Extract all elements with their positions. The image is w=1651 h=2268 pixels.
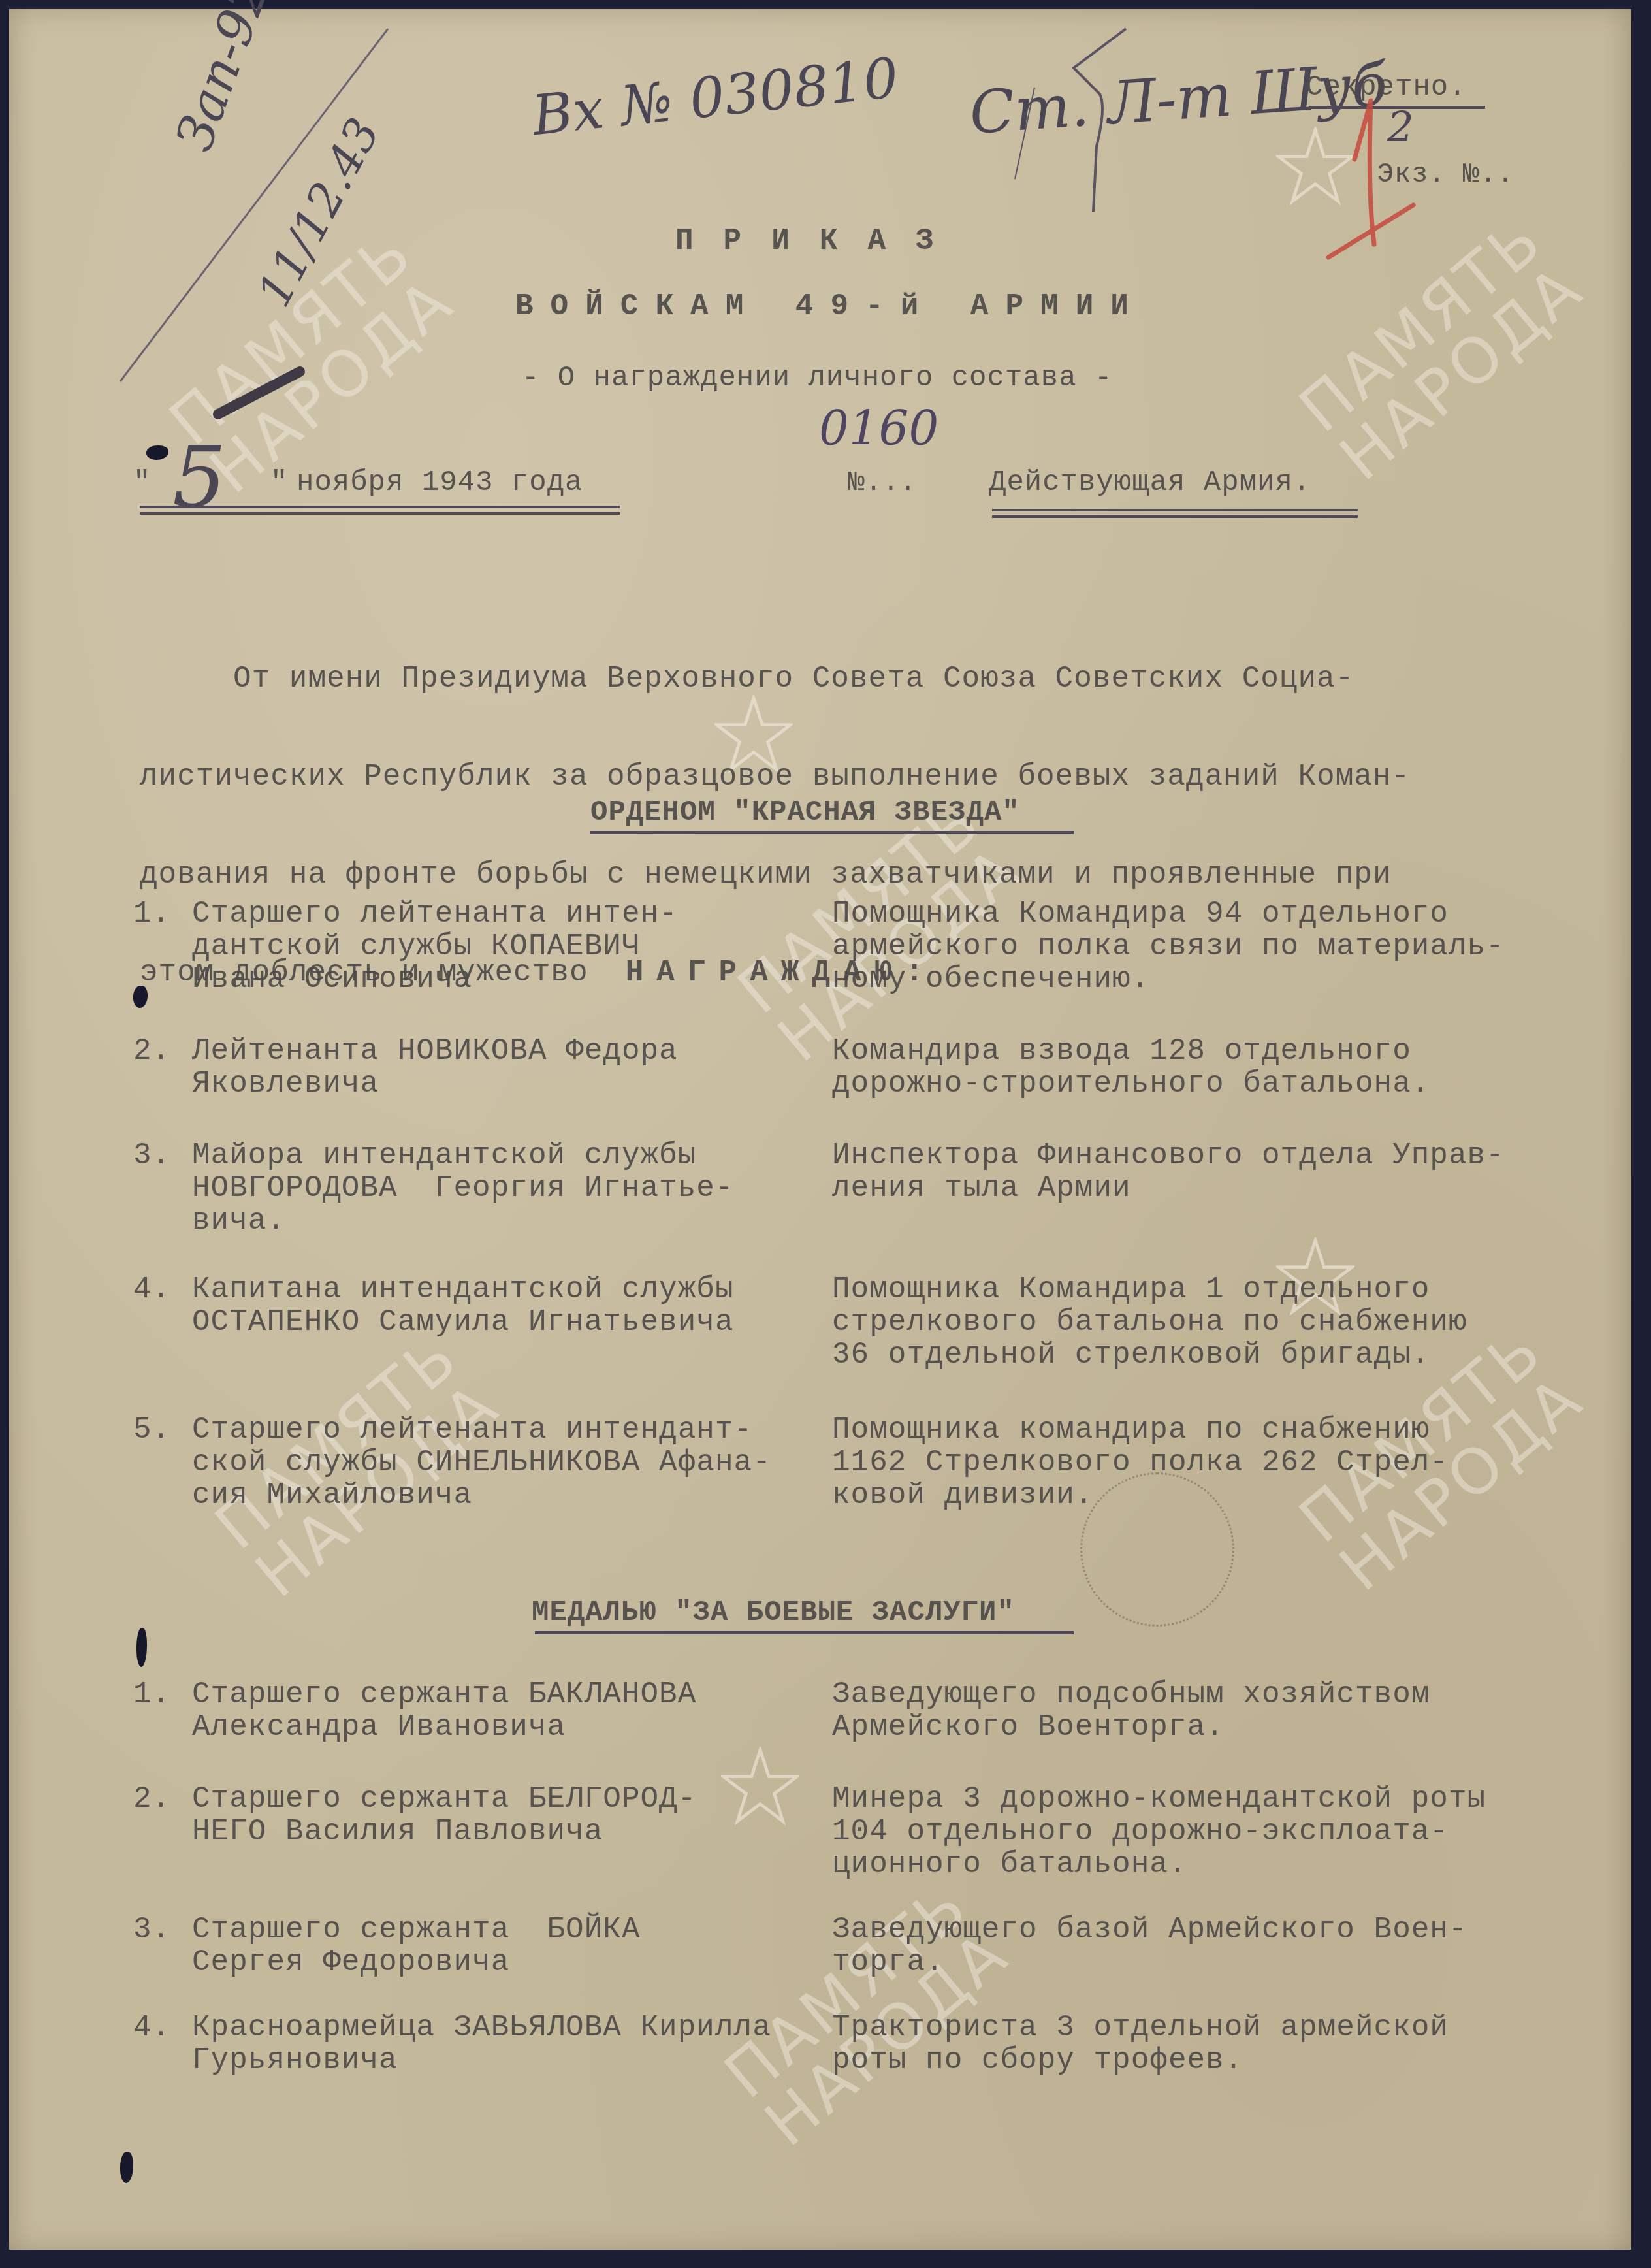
- item-position: Минера 3 дорожно-комендантской роты 104 …: [832, 1783, 1583, 1881]
- item-person: Старшего сержанта БАКЛАНОВА Александра И…: [192, 1678, 832, 1743]
- section-heading-combat-merit: МЕДАЛЬЮ "ЗА БОЕВЫЕ ЗАСЛУГИ": [532, 1596, 1015, 1629]
- signature-flourish: [956, 22, 1230, 218]
- preamble-line: От имени Президиума Верховного Совета Со…: [140, 662, 1410, 695]
- award-list-item: 5. Старшего лейтенанта интендант- ской с…: [9, 1414, 1631, 1577]
- order-number: 0160: [819, 401, 938, 456]
- binding-hole: [120, 2152, 133, 2183]
- item-position: Командира взвода 128 отдельного дорожно-…: [832, 1035, 1583, 1100]
- item-number: 2.: [133, 1783, 170, 1815]
- order-date: ноября 1943 года: [297, 466, 583, 499]
- section-heading-red-star: ОРДЕНОМ "КРАСНАЯ ЗВЕЗДА": [590, 796, 1020, 829]
- incoming-number: Вх № 030810: [529, 46, 901, 148]
- section-heading-underline: [535, 1631, 1074, 1634]
- location-label: Действующая Армия.: [989, 466, 1311, 499]
- faint-stamp: [1080, 1472, 1234, 1627]
- item-number: 1.: [133, 1678, 170, 1711]
- item-position: Инспектора Финансового отдела Управ- лен…: [832, 1139, 1583, 1205]
- item-position: Тракториста 3 отдельной армейской роты п…: [832, 2011, 1583, 2077]
- preamble-line: дования на фронте борьбы с немецкими зах…: [140, 858, 1410, 891]
- order-title: ПРИКАЗ: [675, 225, 964, 257]
- item-position: Заведующего базой Армейского Воен- торга…: [832, 1913, 1583, 1979]
- item-number: 4.: [133, 1273, 170, 1306]
- item-number: 1.: [133, 898, 170, 930]
- award-list-item: 4. Капитана интендантской службы ОСТАПЕН…: [9, 1273, 1631, 1436]
- item-person: Старшего лейтенанта интендант- ской служ…: [192, 1414, 832, 1512]
- date-pencil-stroke: [179, 362, 310, 493]
- item-person: Лейтенанта НОВИКОВА Федора Яковлевича: [192, 1035, 832, 1100]
- item-position: Помощника Командира 1 отдельного стрелко…: [832, 1273, 1583, 1371]
- item-person: Красноармейца ЗАВЬЯЛОВА Кирилла Гурьянов…: [192, 2011, 832, 2077]
- section-heading-underline: [590, 831, 1074, 834]
- red-pencil-mark: [1309, 94, 1439, 264]
- item-person: Старшего сержанта БОЙКА Сергея Федорович…: [192, 1913, 832, 1979]
- item-number: 4.: [133, 2011, 170, 2044]
- award-list-item: 4. Красноармейца ЗАВЬЯЛОВА Кирилла Гурья…: [9, 2011, 1631, 2175]
- item-number: 3.: [133, 1139, 170, 1172]
- preamble-line: листических Республик за образцовое выпо…: [140, 760, 1410, 793]
- item-person: Капитана интендантской службы ОСТАПЕНКО …: [192, 1273, 832, 1338]
- document-page: ПАМЯТЬ НАРОДА ПАМЯТЬ НАРОДА ПАМЯТЬ НАРОД…: [9, 9, 1631, 2250]
- item-number: 2.: [133, 1035, 170, 1067]
- item-person: Старшего сержанта БЕЛГОРОД- НЕГО Василия…: [192, 1783, 832, 1848]
- order-subtitle: ВОЙСКАМ 49-й АРМИИ: [515, 290, 1146, 323]
- item-number: 3.: [133, 1913, 170, 1946]
- date-open-quote: ": [133, 466, 151, 499]
- item-person: Майора интендантской службы НОВГОРОДОВА …: [192, 1139, 832, 1237]
- binding-hole: [136, 1628, 147, 1667]
- item-position: Заведующего подсобным хозяйством Армейск…: [832, 1678, 1583, 1743]
- binding-hole: [146, 445, 168, 460]
- item-person: Старшего лейтенанта интен- дантской служ…: [192, 898, 832, 996]
- item-position: Помощника Командира 94 отдельного армейс…: [832, 898, 1583, 996]
- date-underline: [140, 506, 620, 515]
- order-topic: - О награждении личного состава -: [522, 362, 1112, 395]
- location-underline: [992, 509, 1358, 518]
- item-number: 5.: [133, 1414, 170, 1446]
